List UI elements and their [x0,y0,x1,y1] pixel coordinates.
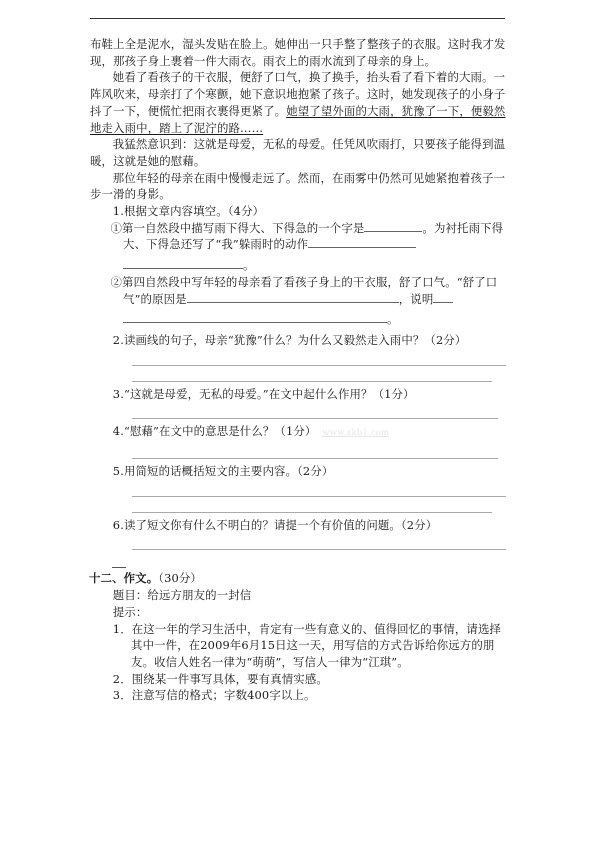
question-2: 2.读画线的句子，母亲“犹豫”什么？为什么又毅然走入雨中？（2分） [90,332,506,382]
passage-paragraph-5: 我猛然意识到：这就是母爱，无私的母爱。任凭风吹雨打，只要孩子能得到温暖，这就是她… [90,136,506,169]
watermark-link[interactable]: www.xkb1.com [322,428,389,438]
essay-section: 十二、作文。（30分） 题目：给远方朋友的一封信 提示： 1．在这一年的学习生活… [90,570,506,704]
sub-1-end: 。 [243,258,255,272]
sub-2-end: 。 [387,312,399,326]
essay-points: （30分） [158,571,202,585]
question-5: 5.用简短的话概括短文的主要内容。（2分） [90,463,506,513]
passage-paragraph-continued: 布鞋上全是泥水，湿头发贴在脸上。她伸出一只手整了整孩子的衣服。这时我才发现，那孩… [90,36,506,69]
answer-line[interactable] [132,496,506,497]
answer-line[interactable] [132,549,506,550]
question-3: 3.“这就是母爱，无私的母爱。”在文中起什么作用？（1分） [90,386,506,420]
question-1-sub-2: ②第四自然段中写年轻的母亲看了看孩子身上的干衣服，舒了口气。“舒了口气”的原因是… [90,274,506,328]
question-1-sub-1: ①第一自然段中描写雨下得大、下得急的一个字是。为衬托雨下得大、下得急还写了“我”… [90,220,506,274]
essay-topic: 题目：给远方朋友的一封信 [90,587,506,604]
edit-mark [112,567,126,568]
answer-blank-4[interactable] [433,291,453,303]
header-rule [90,18,505,19]
passage-paragraph-6: 那位年轻的母亲在雨中慢慢走远了。然而，在雨雾中仍然可见她紧抱着孩子一步一滑的身影… [90,170,506,203]
question-2-label: 2.读画线的句子，母亲“犹豫”什么？为什么又毅然走入雨中？（2分） [90,332,506,349]
question-3-label: 3.“这就是母爱，无私的母爱。”在文中起什么作用？（1分） [90,386,506,403]
question-5-label: 5.用简短的话概括短文的主要内容。（2分） [90,463,506,480]
answer-line[interactable] [132,512,492,513]
essay-tip-2: 2．围绕某一件事写具体，要有真情实感。 [90,671,506,688]
question-4: 4.“慰藉”在文中的意思是什么？（1分）www.xkb1.com [90,423,506,459]
exam-page: 布鞋上全是泥水，湿头发贴在脸上。她伸出一只手整了整孩子的衣服。这时我才发现，那孩… [90,36,506,704]
essay-section-title: 十二、作文。（30分） [89,570,506,587]
passage-paragraph-4: 她看了看孩子的干衣服，便舒了口气，换了换手，抬头看了看下着的大雨。一阵风吹来，母… [90,69,506,136]
answer-blank-1[interactable] [364,220,422,232]
question-6: 6.读了短文你有什么不明白的？请提一个有价值的问题。（2分） [90,517,506,551]
answer-line[interactable] [132,458,498,459]
question-6-label: 6.读了短文你有什么不明白的？请提一个有价值的问题。（2分） [90,517,506,534]
answer-line[interactable] [132,365,506,366]
question-1: 1.根据文章内容填空。（4分） ①第一自然段中描写雨下得大、下得急的一个字是。为… [90,203,506,328]
essay-tip-3: 3．注意写信的格式；字数400字以上。 [90,687,506,704]
question-4-label: 4.“慰藉”在文中的意思是什么？（1分）www.xkb1.com [90,423,506,442]
essay-title: 十二、作文。 [89,571,158,585]
sub-1-text-a: ①第一自然段中描写雨下得大、下得急的一个字是 [111,221,365,235]
answer-line[interactable] [132,418,498,419]
question-1-label: 1.根据文章内容填空。（4分） [90,203,506,220]
question-4-text: 4.“慰藉”在文中的意思是什么？（1分） [113,424,317,438]
essay-tip-1: 1．在这一年的学习生活中，肯定有一些有意义的、值得回忆的事情，请选择其中一件，在… [90,621,506,671]
answer-line[interactable] [132,381,492,382]
sub-2-text-b: ，说明 [399,292,434,306]
essay-hint-label: 提示： [90,604,506,621]
answer-blank-2-cont[interactable] [123,257,243,269]
answer-blank-4-cont[interactable] [123,311,387,323]
answer-blank-2[interactable] [308,236,416,248]
answer-blank-3[interactable] [187,291,399,303]
